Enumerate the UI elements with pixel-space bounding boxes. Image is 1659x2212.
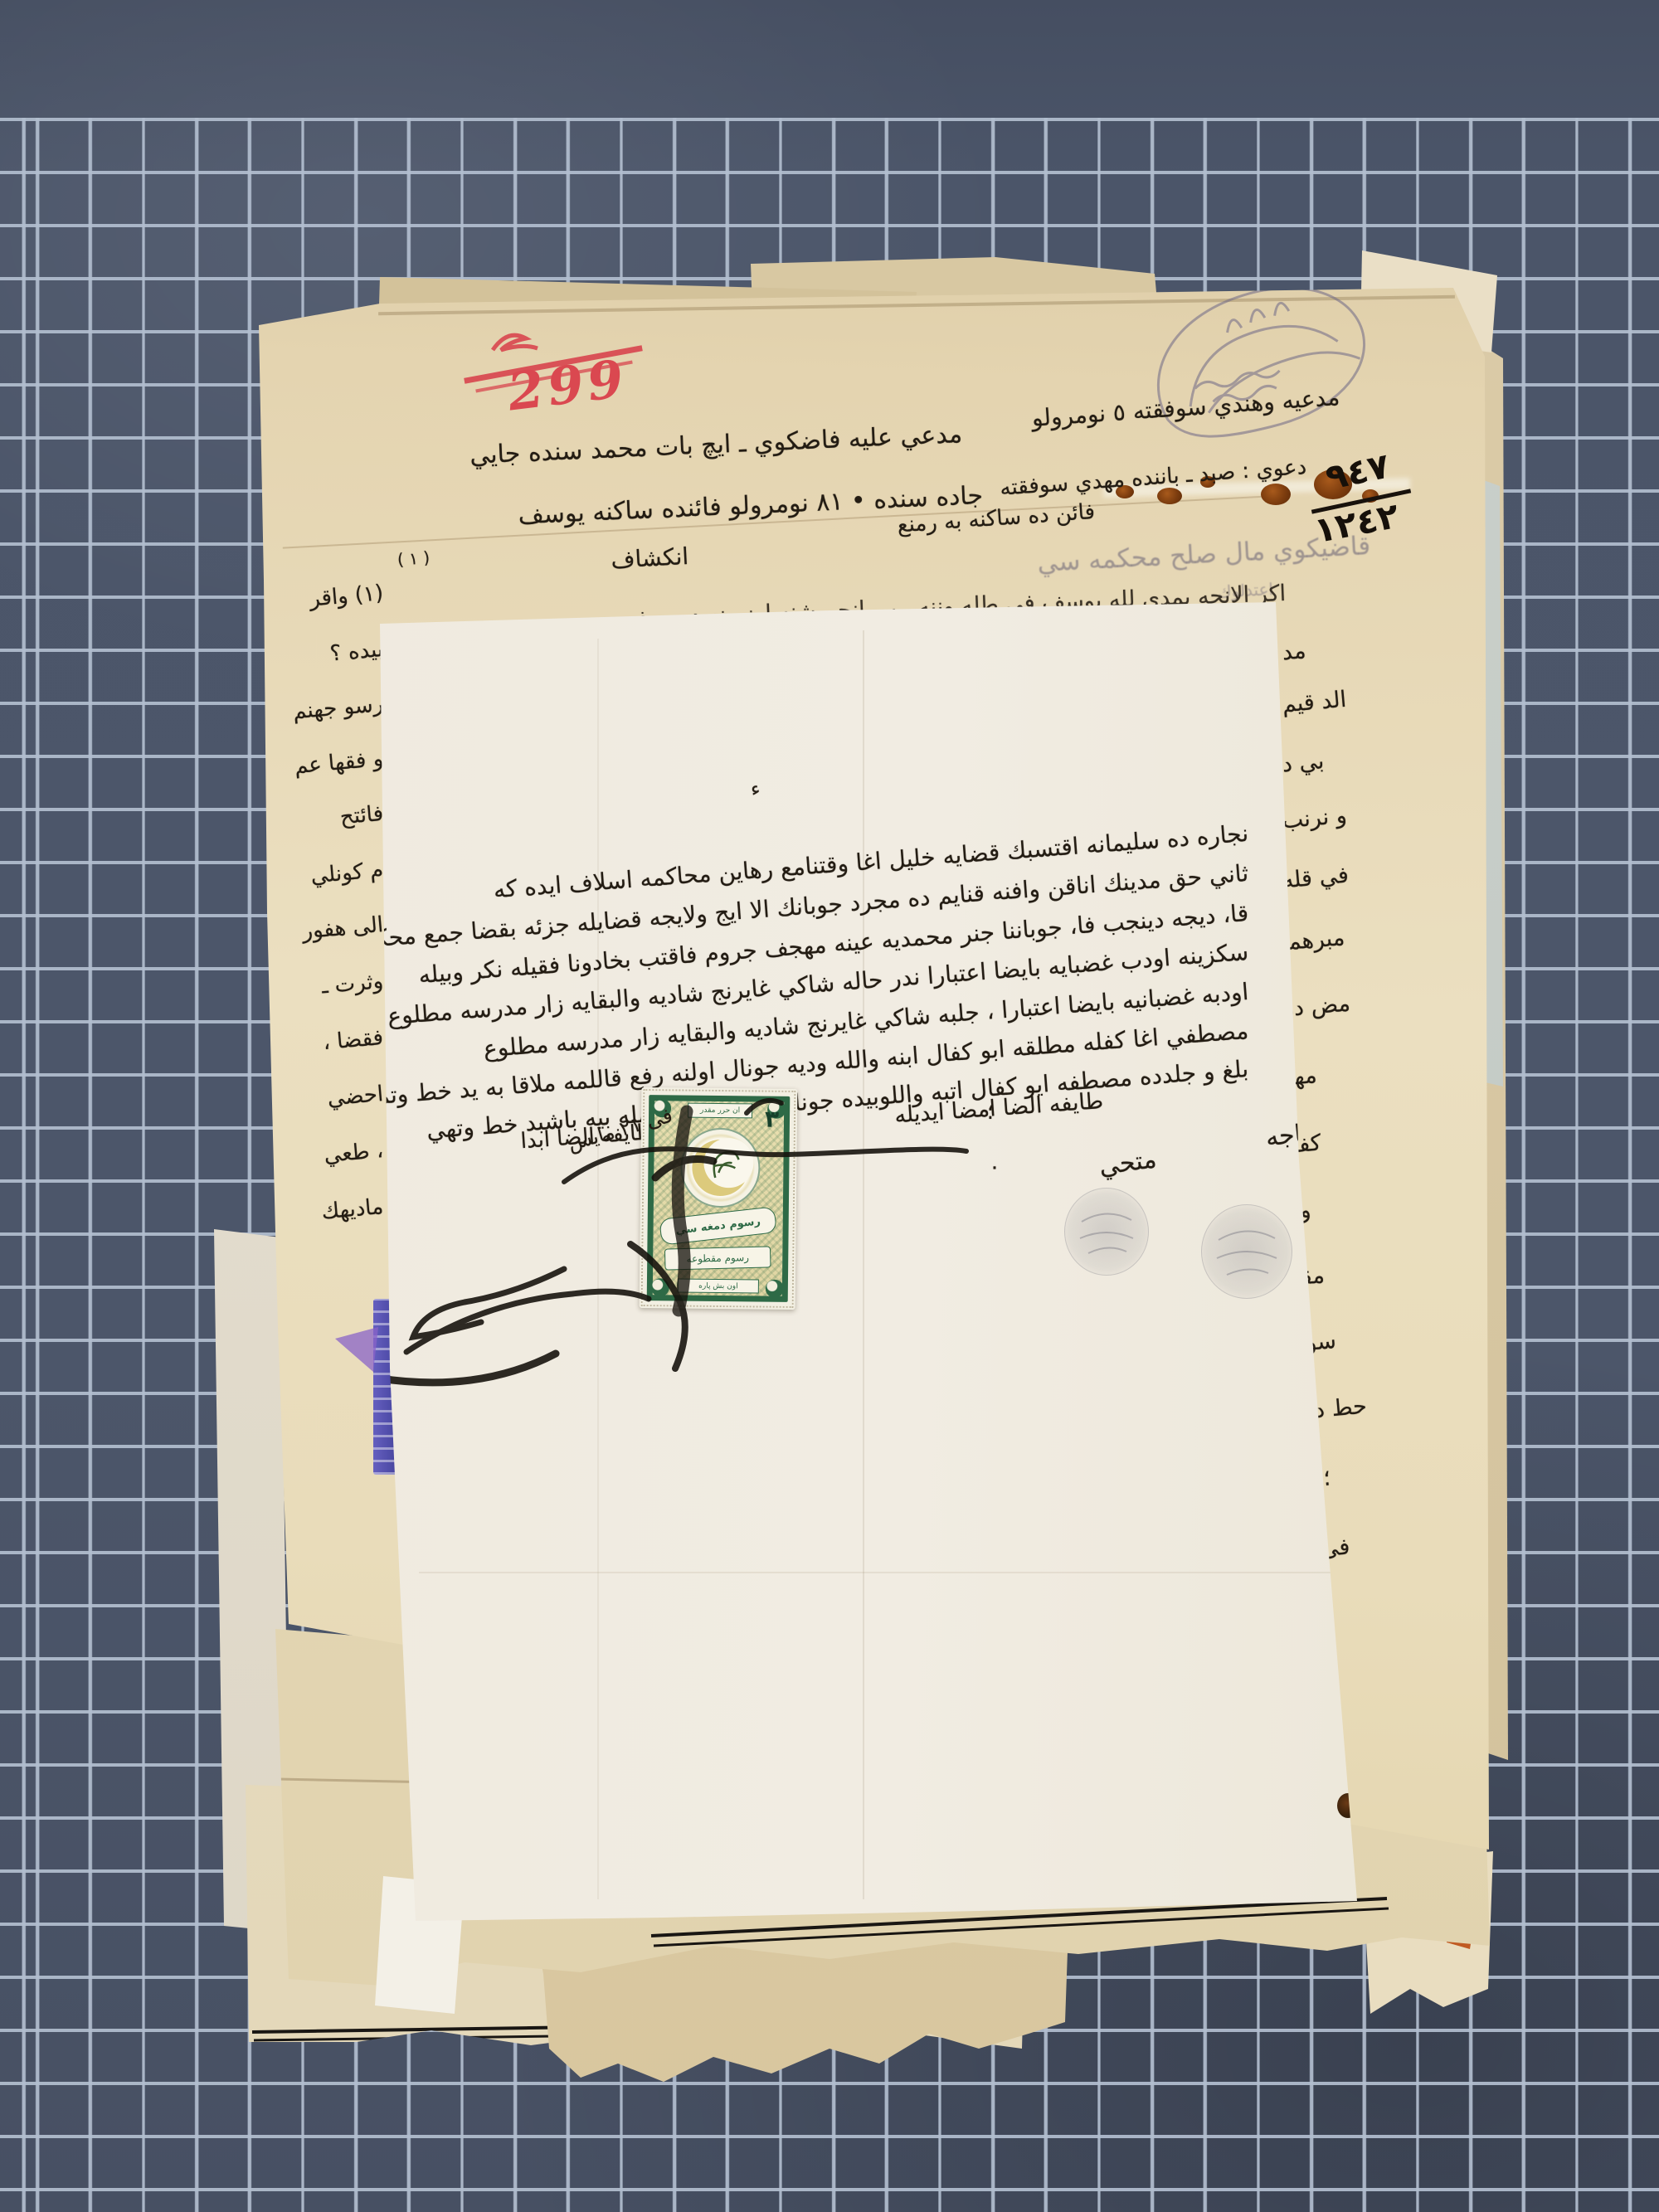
rust-spot xyxy=(1261,484,1291,505)
left-column-fragment: ماديھك xyxy=(275,1194,384,1228)
header-row-subject: انكشاف xyxy=(572,542,689,576)
header-mark: ( ١ ) xyxy=(371,547,431,571)
docket-denominator: ١٢٤٢ xyxy=(1311,495,1402,552)
ink-cancellation-signature xyxy=(357,1078,1053,1435)
faint-round-seal xyxy=(1201,1204,1292,1299)
purple-stamp-fragment xyxy=(333,1325,380,1373)
letter-top-mark: ء xyxy=(717,776,761,806)
left-column-fragment: (١) واقر xyxy=(275,581,384,615)
left-column-fragment: الى هفور xyxy=(275,912,384,946)
rust-spot xyxy=(1157,488,1182,504)
right-column-fragment: مد xyxy=(1281,626,1440,665)
seal-label: متحي xyxy=(1064,1145,1159,1186)
right-column-fragment: مبرهما xyxy=(1281,916,1440,955)
faint-round-seal xyxy=(1064,1188,1149,1276)
right-column-fragment: الد قيم xyxy=(1281,678,1440,717)
horizontal-crease xyxy=(419,1572,1331,1573)
left-column-fragment: بيده ؟ xyxy=(275,637,384,671)
left-column-fragment: احضي xyxy=(275,1082,384,1116)
left-column-fragment: رسو جهنم xyxy=(275,692,384,726)
red-scribble xyxy=(488,323,567,360)
ink-mark: ؛ xyxy=(961,1100,994,1125)
right-column-fragment: مهر xyxy=(1281,1052,1440,1091)
left-column-fragment: ، طعي xyxy=(275,1138,384,1172)
left-column-fragment: فقضا ، xyxy=(275,1025,384,1059)
header-row-plaintiff: مدعي عليه فاضكوي ـ ايچ بات محمد سنده جاي… xyxy=(498,420,963,469)
left-column-fragment: و فقها عم xyxy=(275,746,384,780)
right-column-fragment: في قله xyxy=(1281,854,1440,893)
left-column-fragment: فائتح xyxy=(275,801,384,835)
ink-mark: ٠ xyxy=(967,1155,1000,1179)
right-column-fragment: مض ده xyxy=(1281,983,1440,1022)
left-column-fragment: وثرت ـ xyxy=(275,969,384,1003)
right-column-fragment: كفل xyxy=(1281,1120,1440,1159)
photo-of-ottoman-document-stack: 299 قاضيكوي مال صلح محكمه سي اعتدلوك ٩٤٧… xyxy=(0,0,1659,2212)
right-column-fragment: وز. xyxy=(1281,1186,1440,1225)
right-column-fragment: بي د xyxy=(1281,738,1440,777)
left-column-fragment: م كونلي xyxy=(275,858,384,892)
right-column-fragment: و نرنب xyxy=(1281,795,1440,834)
